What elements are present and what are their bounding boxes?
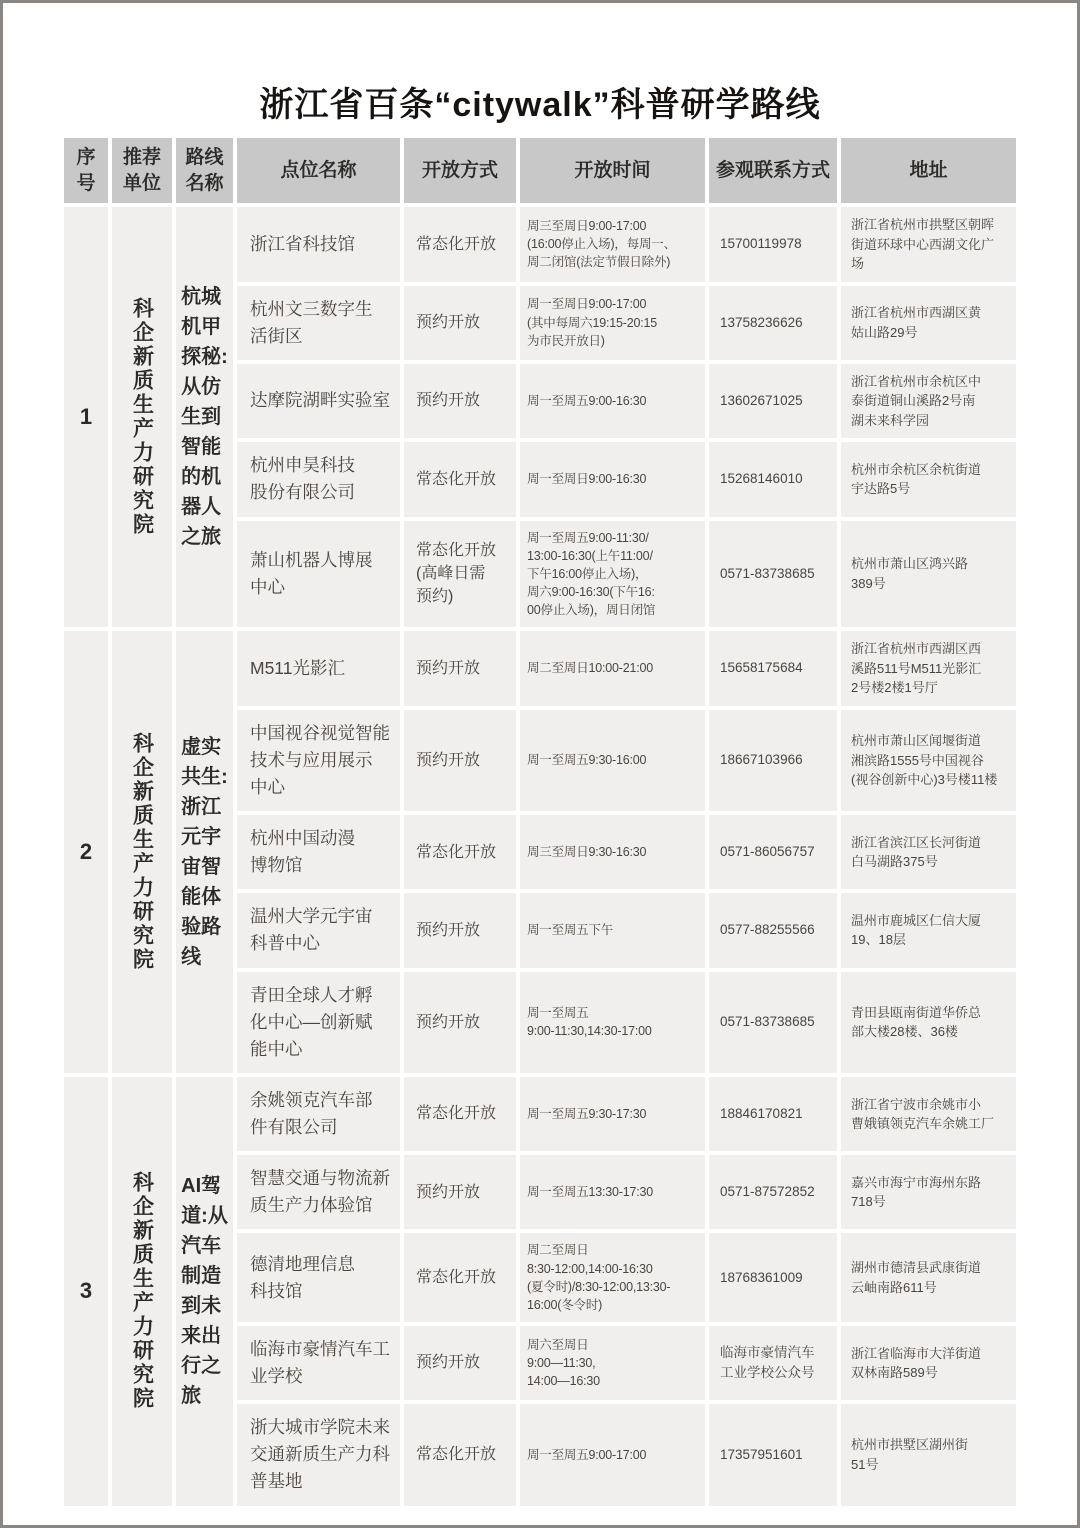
open-time-text: 周一至周五 9:00-11:30,14:30-17:00: [527, 1004, 652, 1040]
open-mode-text: 预约开放: [416, 657, 480, 680]
recommend-unit-text: 科企新质生产力研究院: [132, 1171, 153, 1411]
address: 杭州市余杭区余杭街道 宇达路5号: [841, 442, 1016, 516]
open-mode-text: 常态化开放: [416, 1443, 496, 1466]
address-text: 杭州市萧山区闻堰街道 湘滨路1555号中国视谷 (视谷创新中心)3号楼11楼: [851, 731, 997, 790]
open-mode-text: 常态化开放 (高峰日需 预约): [416, 539, 496, 609]
address: 杭州市萧山区闻堰街道 湘滨路1555号中国视谷 (视谷创新中心)3号楼11楼: [841, 710, 1016, 811]
recommend-unit-text: 科企新质生产力研究院: [132, 297, 153, 537]
open-time-text: 周三至周日9:30-16:30: [527, 843, 646, 861]
open-mode: 预约开放: [404, 1326, 516, 1400]
address: 浙江省临海市大洋街道 双林南路589号: [841, 1326, 1016, 1400]
open-mode: 常态化开放: [404, 1233, 516, 1322]
open-mode-text: 预约开放: [416, 311, 480, 334]
open-time-text: 周一至周五9:00-11:30/ 13:00-16:30(上午11:00/ 下午…: [527, 529, 655, 620]
open-time: 周二至周日10:00-21:00: [520, 631, 705, 706]
open-time-text: 周二至周日 8:30-12:00,14:00-16:30 (夏令时)/8:30-…: [527, 1241, 670, 1314]
address-text: 浙江省杭州市西湖区黄 姑山路29号: [851, 303, 981, 342]
recommend-unit: 科企新质生产力研究院: [112, 207, 172, 627]
visit-contact-text: 0577-88255566: [720, 920, 815, 940]
site-name-text: 杭州文三数字生 活街区: [250, 296, 373, 350]
open-mode: 常态化开放: [404, 815, 516, 889]
open-mode: 预约开放: [404, 1155, 516, 1229]
address-text: 浙江省杭州市拱墅区朝晖 街道环球中心西湖文化广 场: [851, 215, 994, 274]
address: 浙江省宁波市余姚市小 曹娥镇领克汽车余姚工厂: [841, 1077, 1016, 1151]
site-name: 达摩院湖畔实验室: [237, 364, 400, 439]
address: 浙江省滨江区长河街道 白马湖路375号: [841, 815, 1016, 889]
open-mode-text: 常态化开放: [416, 233, 496, 256]
recommend-unit-text: 科企新质生产力研究院: [132, 732, 153, 972]
address-text: 杭州市余杭区余杭街道 宇达路5号: [851, 460, 981, 499]
address: 浙江省杭州市余杭区中 泰街道铜山溪路2号南 湖未来科学园: [841, 364, 1016, 439]
open-mode: 预约开放: [404, 286, 516, 360]
site-name: 余姚领克汽车部 件有限公司: [237, 1077, 400, 1151]
visit-contact-text: 15268146010: [720, 469, 803, 489]
column-header: 路线名称: [176, 138, 233, 203]
address-text: 杭州市拱墅区湖州街 51号: [851, 1435, 968, 1474]
site-name-text: 青田全球人才孵 化中心—创新赋 能中心: [250, 982, 373, 1063]
section-number-text: 3: [80, 1278, 92, 1304]
address: 湖州市德清县武康街道 云岫南路611号: [841, 1233, 1016, 1322]
site-name-text: M511光影汇: [250, 655, 345, 682]
site-name: 临海市豪情汽车工 业学校: [237, 1326, 400, 1400]
open-time-text: 周一至周五9:30-16:00: [527, 751, 646, 769]
section-number: 2: [64, 631, 108, 1073]
visit-contact-text: 13758236626: [720, 313, 803, 333]
route-section: 2科企新质生产力研究院虚实 共生: 浙江 元宇 宙智 能体 验路 线M511光影…: [64, 631, 1016, 1073]
site-name: 智慧交通与物流新 质生产力体验馆: [237, 1155, 400, 1229]
open-mode: 预约开放: [404, 893, 516, 967]
site-name-text: 德清地理信息 科技馆: [250, 1251, 355, 1305]
column-header: 开放方式: [404, 138, 516, 203]
page-title: 浙江省百条“citywalk”科普研学路线: [3, 77, 1077, 126]
open-time: 周一至周五9:00-17:00: [520, 1404, 705, 1505]
open-time: 周六至周日 9:00—11:30, 14:00—16:30: [520, 1326, 705, 1400]
site-name-text: 浙江省科技馆: [250, 231, 355, 258]
open-time-text: 周一至周五13:30-17:30: [527, 1183, 653, 1201]
address-text: 杭州市萧山区鸿兴路 389号: [851, 554, 968, 593]
column-header: 推荐单位: [112, 138, 172, 203]
open-time: 周一至周五9:00-16:30: [520, 364, 705, 439]
address: 温州市鹿城区仁信大厦 19、18层: [841, 893, 1016, 967]
open-time: 周三至周日9:00-17:00 (16:00停止入场)，每周一、 周二闭馆(法定…: [520, 207, 705, 282]
route-name: AI驾 道:从 汽车 制造 到未 来出 行之 旅: [176, 1077, 233, 1506]
visit-contact: 17357951601: [709, 1404, 837, 1505]
section-number: 1: [64, 207, 108, 627]
open-time-text: 周二至周日10:00-21:00: [527, 659, 653, 677]
address-text: 浙江省杭州市余杭区中 泰街道铜山溪路2号南 湖未来科学园: [851, 372, 981, 431]
route-name: 虚实 共生: 浙江 元宇 宙智 能体 验路 线: [176, 631, 233, 1073]
route-name-text: AI驾 道:从 汽车 制造 到未 来出 行之 旅: [181, 1171, 228, 1411]
route-name-text: 杭城 机甲 探秘: 从仿 生到 智能 的机 器人 之旅: [181, 282, 228, 552]
open-mode: 预约开放: [404, 710, 516, 811]
visit-contact-text: 15700119978: [720, 234, 802, 254]
site-name-text: 温州大学元宇宙 科普中心: [250, 903, 373, 957]
open-mode-text: 预约开放: [416, 389, 480, 412]
site-name: 杭州文三数字生 活街区: [237, 286, 400, 360]
open-time-text: 周一至周五下午: [527, 921, 613, 939]
site-name-text: 杭州申昊科技 股份有限公司: [250, 452, 355, 506]
visit-contact-text: 临海市豪情汽车 工业学校公众号: [720, 1343, 815, 1384]
open-time: 周一至周五9:30-17:30: [520, 1077, 705, 1151]
address-text: 浙江省宁波市余姚市小 曹娥镇领克汽车余姚工厂: [851, 1095, 994, 1134]
site-name: 浙江省科技馆: [237, 207, 400, 282]
section-number-text: 1: [80, 404, 92, 430]
address-text: 浙江省滨江区长河街道 白马湖路375号: [851, 833, 981, 872]
recommend-unit: 科企新质生产力研究院: [112, 631, 172, 1073]
site-name-text: 余姚领克汽车部 件有限公司: [250, 1087, 373, 1141]
open-mode: 常态化开放: [404, 1077, 516, 1151]
address: 浙江省杭州市西湖区黄 姑山路29号: [841, 286, 1016, 360]
open-mode-text: 常态化开放: [416, 1266, 496, 1289]
address: 浙江省杭州市西湖区西 溪路511号M511光影汇 2号楼2楼1号厅: [841, 631, 1016, 706]
visit-contact: 15268146010: [709, 442, 837, 516]
site-name: 温州大学元宇宙 科普中心: [237, 893, 400, 967]
visit-contact-text: 13602671025: [720, 391, 803, 411]
open-time-text: 周一至周五9:00-17:00: [527, 1446, 646, 1464]
visit-contact: 0571-87572852: [709, 1155, 837, 1229]
address: 杭州市拱墅区湖州街 51号: [841, 1404, 1016, 1505]
site-name-text: 中国视谷视觉智能 技术与应用展示 中心: [250, 720, 390, 801]
site-name: M511光影汇: [237, 631, 400, 706]
open-time-text: 周一至周日9:00-17:00 (其中每周六19:15-20:15 为市民开放日…: [527, 295, 657, 349]
open-mode: 预约开放: [404, 631, 516, 706]
open-time: 周一至周日9:00-17:00 (其中每周六19:15-20:15 为市民开放日…: [520, 286, 705, 360]
section-number-text: 2: [80, 839, 92, 865]
recommend-unit: 科企新质生产力研究院: [112, 1077, 172, 1506]
site-name: 青田全球人才孵 化中心—创新赋 能中心: [237, 972, 400, 1073]
address: 嘉兴市海宁市海州东路 718号: [841, 1155, 1016, 1229]
address: 青田县瓯南街道华侨总 部大楼28楼、36楼: [841, 972, 1016, 1073]
open-mode: 常态化开放: [404, 1404, 516, 1505]
route-name: 杭城 机甲 探秘: 从仿 生到 智能 的机 器人 之旅: [176, 207, 233, 627]
column-header: 地址: [841, 138, 1016, 203]
visit-contact: 18846170821: [709, 1077, 837, 1151]
address-text: 青田县瓯南街道华侨总 部大楼28楼、36楼: [851, 1003, 981, 1042]
address: 浙江省杭州市拱墅区朝晖 街道环球中心西湖文化广 场: [841, 207, 1016, 282]
open-time: 周一至周五13:30-17:30: [520, 1155, 705, 1229]
visit-contact: 0571-83738685: [709, 972, 837, 1073]
open-time: 周一至周五9:00-11:30/ 13:00-16:30(上午11:00/ 下午…: [520, 521, 705, 628]
column-header: 点位名称: [237, 138, 400, 203]
visit-contact: 18667103966: [709, 710, 837, 811]
visit-contact: 13602671025: [709, 364, 837, 439]
visit-contact: 0577-88255566: [709, 893, 837, 967]
site-name-text: 萧山机器人博展 中心: [250, 547, 373, 601]
site-name-text: 临海市豪情汽车工 业学校: [250, 1336, 390, 1390]
open-mode: 常态化开放: [404, 442, 516, 516]
site-name: 萧山机器人博展 中心: [237, 521, 400, 628]
open-mode-text: 预约开放: [416, 919, 480, 942]
column-header: 序号: [64, 138, 108, 203]
address-text: 浙江省临海市大洋街道 双林南路589号: [851, 1344, 981, 1383]
open-mode-text: 预约开放: [416, 1351, 480, 1374]
routes-table: 序号推荐单位路线名称点位名称开放方式开放时间参观联系方式地址 1科企新质生产力研…: [64, 138, 1016, 1506]
address-text: 温州市鹿城区仁信大厦 19、18层: [851, 911, 981, 950]
address: 杭州市萧山区鸿兴路 389号: [841, 521, 1016, 628]
open-mode-text: 预约开放: [416, 749, 480, 772]
visit-contact-text: 18667103966: [720, 750, 803, 770]
open-mode-text: 预约开放: [416, 1011, 480, 1034]
open-mode-text: 常态化开放: [416, 841, 496, 864]
site-name: 杭州中国动漫 博物馆: [237, 815, 400, 889]
section-number: 3: [64, 1077, 108, 1506]
open-time: 周一至周五下午: [520, 893, 705, 967]
visit-contact-text: 0571-87572852: [720, 1182, 815, 1202]
visit-contact: 15658175684: [709, 631, 837, 706]
route-section: 1科企新质生产力研究院杭城 机甲 探秘: 从仿 生到 智能 的机 器人 之旅浙江…: [64, 207, 1016, 627]
open-time-text: 周六至周日 9:00—11:30, 14:00—16:30: [527, 1336, 600, 1390]
route-name-text: 虚实 共生: 浙江 元宇 宙智 能体 验路 线: [181, 732, 228, 972]
address-text: 浙江省杭州市西湖区西 溪路511号M511光影汇 2号楼2楼1号厅: [851, 639, 981, 698]
visit-contact-text: 0571-83738685: [720, 564, 815, 584]
table-header-row: 序号推荐单位路线名称点位名称开放方式开放时间参观联系方式地址: [64, 138, 1016, 203]
column-header: 开放时间: [520, 138, 705, 203]
column-header: 参观联系方式: [709, 138, 837, 203]
route-section: 3科企新质生产力研究院AI驾 道:从 汽车 制造 到未 来出 行之 旅余姚领克汽…: [64, 1077, 1016, 1506]
visit-contact: 0571-83738685: [709, 521, 837, 628]
open-time-text: 周三至周日9:00-17:00 (16:00停止入场)，每周一、 周二闭馆(法定…: [527, 217, 676, 271]
open-mode-text: 常态化开放: [416, 1102, 496, 1125]
site-name-text: 达摩院湖畔实验室: [250, 387, 390, 414]
visit-contact: 0571-86056757: [709, 815, 837, 889]
open-mode: 常态化开放: [404, 207, 516, 282]
visit-contact-text: 18846170821: [720, 1104, 803, 1124]
site-name: 浙大城市学院未来 交通新质生产力科 普基地: [237, 1404, 400, 1505]
visit-contact-text: 18768361009: [720, 1268, 803, 1288]
visit-contact: 18768361009: [709, 1233, 837, 1322]
open-time-text: 周一至周五9:30-17:30: [527, 1105, 646, 1123]
open-time: 周二至周日 8:30-12:00,14:00-16:30 (夏令时)/8:30-…: [520, 1233, 705, 1322]
visit-contact-text: 0571-83738685: [720, 1012, 815, 1032]
site-name: 中国视谷视觉智能 技术与应用展示 中心: [237, 710, 400, 811]
visit-contact: 15700119978: [709, 207, 837, 282]
open-time: 周一至周五9:30-16:00: [520, 710, 705, 811]
site-name: 杭州申昊科技 股份有限公司: [237, 442, 400, 516]
visit-contact-text: 15658175684: [720, 658, 803, 678]
visit-contact-text: 17357951601: [720, 1445, 803, 1465]
site-name-text: 浙大城市学院未来 交通新质生产力科 普基地: [250, 1414, 390, 1495]
address-text: 嘉兴市海宁市海州东路 718号: [851, 1173, 981, 1212]
open-time-text: 周一至周五9:00-16:30: [527, 392, 646, 410]
visit-contact-text: 0571-86056757: [720, 842, 815, 862]
visit-contact: 13758236626: [709, 286, 837, 360]
site-name-text: 杭州中国动漫 博物馆: [250, 825, 355, 879]
address-text: 湖州市德清县武康街道 云岫南路611号: [851, 1258, 981, 1297]
open-time: 周一至周五 9:00-11:30,14:30-17:00: [520, 972, 705, 1073]
open-mode-text: 预约开放: [416, 1181, 480, 1204]
site-name: 德清地理信息 科技馆: [237, 1233, 400, 1322]
table-body: 1科企新质生产力研究院杭城 机甲 探秘: 从仿 生到 智能 的机 器人 之旅浙江…: [64, 207, 1016, 1506]
open-mode-text: 常态化开放: [416, 468, 496, 491]
page: 浙江省百条“citywalk”科普研学路线 序号推荐单位路线名称点位名称开放方式…: [0, 0, 1080, 1528]
site-name-text: 智慧交通与物流新 质生产力体验馆: [250, 1165, 390, 1219]
open-time: 周一至周日9:00-16:30: [520, 442, 705, 516]
open-mode: 预约开放: [404, 364, 516, 439]
open-mode: 常态化开放 (高峰日需 预约): [404, 521, 516, 628]
visit-contact: 临海市豪情汽车 工业学校公众号: [709, 1326, 837, 1400]
open-time-text: 周一至周日9:00-16:30: [527, 470, 646, 488]
open-time: 周三至周日9:30-16:30: [520, 815, 705, 889]
open-mode: 预约开放: [404, 972, 516, 1073]
